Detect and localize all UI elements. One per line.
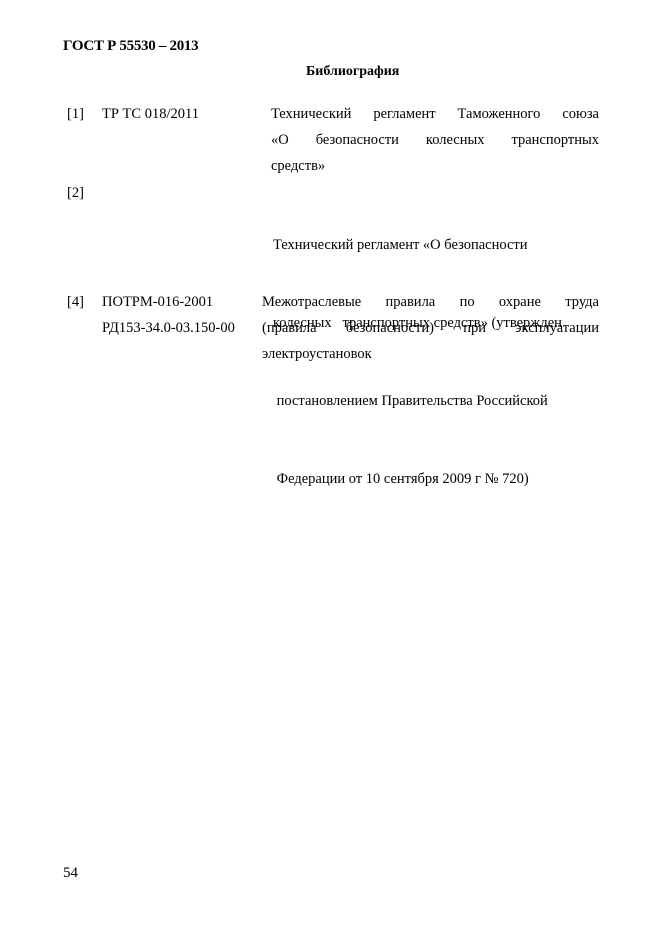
bibliography-title: Библиография [306,64,399,80]
description-line: электроустановок [262,341,599,367]
entry-number: [4] [67,289,84,315]
entry-code: ПОТРМ-016-2001 [102,289,213,315]
description-line: средств» [271,153,599,179]
entry-description: Технический регламент Таможенного союза … [271,101,599,179]
description-line: «О безопасности колесных транспортных [271,127,599,153]
description-line: Межотраслевые правила по охране труда [262,289,599,315]
page-number: 54 [63,865,78,882]
entry-code: РД153-34.0-03.150-00 [102,315,235,341]
entry-code: ТР ТС 018/2011 [102,101,199,127]
entry-number: [1] [67,101,84,127]
description-line: Федерации от 10 сентября 2009 г № 720) [273,466,593,492]
description-line: Технический регламент «О безопасности [273,232,593,258]
description-line: Технический регламент Таможенного союза [271,101,599,127]
entry-description: Межотраслевые правила по охране труда (п… [262,289,599,367]
document-code-header: ГОСТ Р 55530 – 2013 [63,38,198,55]
entry-number: [2] [67,180,84,206]
description-line: постановлением Правительства Российской [273,388,593,414]
description-line: (правила безопасности) при эксплуатации [262,315,599,341]
